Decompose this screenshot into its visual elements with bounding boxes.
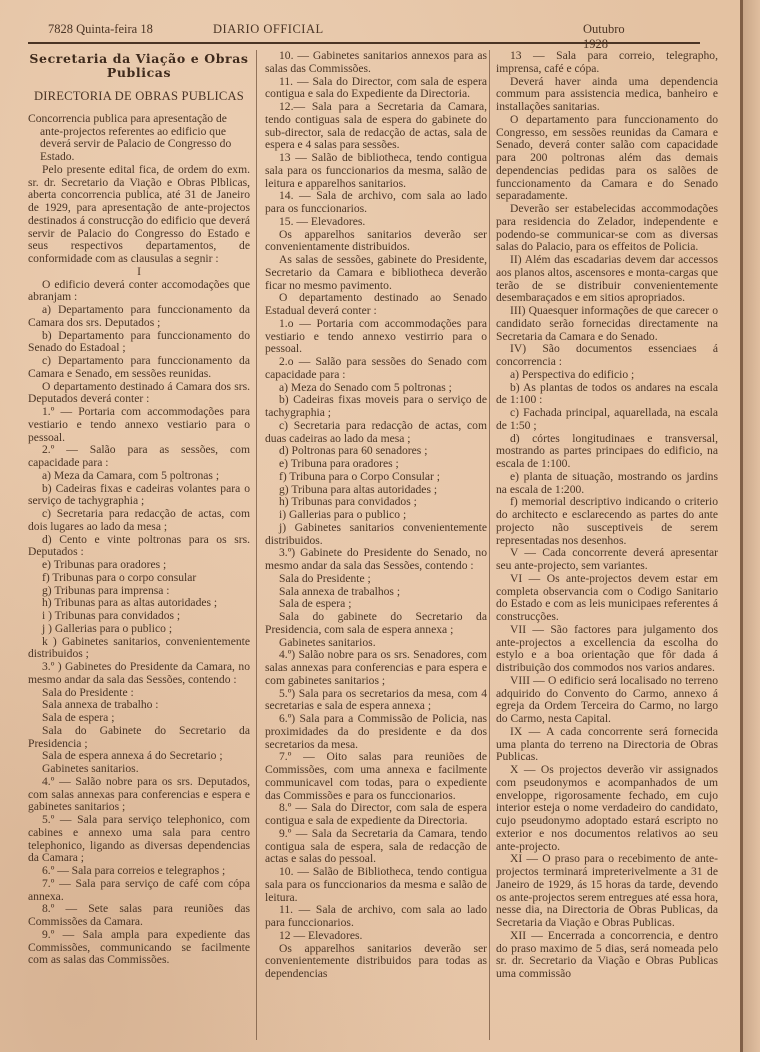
paragraph: 12.— Sala para a Secretaria da Camara, t… (265, 101, 487, 152)
paragraph: 4.º) Salão nobre para os srs. Senadores,… (265, 649, 487, 687)
paragraph: a) Meza da Camara, com 5 poltronas ; (28, 470, 250, 483)
paragraph: 7.º — Sala para serviço de café com cópa… (28, 878, 250, 904)
page-binding-edge (740, 0, 743, 1052)
paragraph: c) Departamento para funccionamento da C… (28, 355, 250, 381)
paragraph: III) Quaesquer informações de que carece… (496, 305, 718, 343)
section-title: Secretaria da Viação e Obras Publicas (28, 52, 250, 80)
paragraph: 14. — Sala de archivo, com sala ao lado … (265, 190, 487, 216)
paragraph: 7.º — Oito salas para reuniões de Commis… (265, 751, 487, 802)
paragraph: c) Fachada principal, aquarellada, na es… (496, 407, 718, 433)
paragraph: a) Perspectiva do edificio ; (496, 369, 718, 382)
paragraph: 5.º — Sala para serviço telephonico, com… (28, 814, 250, 865)
paragraph: b) As plantas de todos os andares na esc… (496, 382, 718, 408)
directorate-title: DIRECTORIA DE OBRAS PUBLICAS (28, 90, 250, 103)
paragraph: VI — Os ante-projectos devem estar em co… (496, 573, 718, 624)
paragraph: Sala de espera ; (28, 712, 250, 725)
column-1-body: O edificio deverá conter accomodações qu… (28, 279, 250, 968)
notice-intro: Pelo presente edital fica, de ordem do e… (28, 164, 250, 266)
paragraph: O departamento destinado á Camara dos sr… (28, 381, 250, 407)
paragraph: O edificio deverá conter accomodações qu… (28, 279, 250, 305)
paragraph: IX — A cada concorrente será fornecida u… (496, 726, 718, 764)
paragraph: f) Tribunas para o corpo consular (28, 572, 250, 585)
paragraph: e) Tribuna para oradores ; (265, 458, 487, 471)
paragraph: e) Tribunas para oradores ; (28, 559, 250, 572)
paragraph: 13 — Salão de bibliotheca, tendo contigu… (265, 152, 487, 190)
paragraph: XI — O praso para o recebimento de ante-… (496, 853, 718, 930)
column-separator (489, 50, 490, 1040)
paragraph: d) córtes longitudinaes e transversal, m… (496, 433, 718, 471)
paragraph: 11. — Sala de archivo, com sala ao lado … (265, 904, 487, 930)
column-separator (256, 50, 257, 1040)
paragraph: f) memorial descriptivo indicando o crit… (496, 496, 718, 547)
page-number-and-day: 7828 Quinta-feira 18 (48, 22, 153, 37)
page-binding-shadow (743, 0, 760, 1052)
paragraph: c) Secretaria para redacção de actas, co… (28, 508, 250, 534)
paragraph: b) Cadeiras fixas e cadeiras volantes pa… (28, 483, 250, 509)
paragraph: b) Cadeiras fixas moveis para o serviço … (265, 394, 487, 420)
paragraph: 12 — Elevadores. (265, 930, 487, 943)
paragraph: 4.º — Salão nobre para os srs. Deputados… (28, 776, 250, 814)
paragraph: f) Tribuna para o Corpo Consular ; (265, 471, 487, 484)
paragraph: 6.º) Sala para a Commissão de Policia, n… (265, 713, 487, 751)
paragraph: Sala do Gabinete do Secretario da Presid… (28, 725, 250, 751)
paragraph: 13 — Sala para correio, telegrapho, impr… (496, 50, 718, 76)
month-year: Outubro 1928 (583, 22, 625, 52)
paragraph: 9.º — Sala da Secretaria da Camara, tend… (265, 828, 487, 866)
paragraph: c) Secretaria para redacção de actas, co… (265, 420, 487, 446)
paragraph: 3.º) Gabinete do Presidente do Senado, n… (265, 547, 487, 573)
paragraph: II) Além das escadarias devem dar access… (496, 254, 718, 305)
paragraph: 10. — Gabinetes sanitarios annexos para … (265, 50, 487, 76)
paragraph: j) Gabinetes sanitarios convenientemente… (265, 522, 487, 548)
paragraph: 2.º — Salão para as sessões, com capacid… (28, 444, 250, 470)
paragraph: As salas de sessões, gabinete do Preside… (265, 254, 487, 292)
paragraph: d) Cento e vinte poltronas para os srs. … (28, 534, 250, 560)
paragraph: V — Cada concorrente deverá apresentar s… (496, 547, 718, 573)
paragraph: Gabinetes sanitarios. (28, 763, 250, 776)
paragraph: IV) São documentos essenciaes á concorre… (496, 343, 718, 369)
column-3: 13 — Sala para correio, telegrapho, impr… (496, 50, 718, 981)
paragraph: k ) Gabinetes sanitarios, convenientemen… (28, 636, 250, 662)
paragraph: a) Departamento para funccionamento da C… (28, 304, 250, 330)
paragraph: i) Gallerias para o publico ; (265, 509, 487, 522)
paragraph: 8.º — Sala do Director, com sala de espe… (265, 802, 487, 828)
paragraph: O departamento destinado ao Senado Estad… (265, 292, 487, 318)
paragraph: e) planta de situação, mostrando os jard… (496, 471, 718, 497)
paragraph: X — Os projectos deverão vir assignados … (496, 764, 718, 853)
paragraph: 5.º) Sala para os secretarios da mesa, c… (265, 688, 487, 714)
paragraph: Deverá haver ainda uma dependencia commu… (496, 76, 718, 114)
paragraph: 8.º — Sete salas para reuniões das Commi… (28, 903, 250, 929)
paragraph: VII — São factores para julgamento dos a… (496, 624, 718, 675)
paragraph: Sala do gabinete do Secretario da Presid… (265, 611, 487, 637)
paragraph: Sala do Presidente ; (265, 573, 487, 586)
paragraph: Os apparelhos sanitarios deverão ser con… (265, 943, 487, 981)
paragraph: Os apparelhos sanitarios deverão ser con… (265, 229, 487, 255)
paragraph: i ) Tribunas para convidados ; (28, 610, 250, 623)
paragraph: XII — Encerrada a concorrencia, e dentro… (496, 930, 718, 981)
paragraph: 15. — Elevadores. (265, 216, 487, 229)
paragraph: 11. — Sala do Director, com sala de espe… (265, 76, 487, 102)
column-1: Secretaria da Viação e Obras Publicas DI… (28, 50, 250, 967)
column-2-body: 10. — Gabinetes sanitarios annexos para … (265, 50, 487, 981)
column-3-body: 13 — Sala para correio, telegrapho, impr… (496, 50, 718, 981)
paragraph: O departamento para funccionamento do Co… (496, 114, 718, 203)
paragraph: Deverão ser estabelecidas accommodações … (496, 203, 718, 254)
paragraph: 2.o — Salão para sessões do Senado com c… (265, 356, 487, 382)
paragraph: 10. — Salão de Bibliotheca, tendo contig… (265, 866, 487, 904)
paragraph: b) Departamento para funccionamento do S… (28, 330, 250, 356)
column-2: 10. — Gabinetes sanitarios annexos para … (265, 50, 487, 981)
paragraph: VIII — O edificio será localisado no ter… (496, 675, 718, 726)
paragraph: 1.o — Portaria com accommodações para ve… (265, 318, 487, 356)
newspaper-page: 7828 Quinta-feira 18 DIARIO OFFICIAL Out… (0, 0, 760, 1052)
clause-heading: I (28, 266, 250, 279)
paragraph: 6.º — Sala para correios e telegraphos ; (28, 865, 250, 878)
paragraph: 9.º — Sala ampla para expediente das Com… (28, 929, 250, 967)
publication-title: DIARIO OFFICIAL (213, 22, 324, 37)
paragraph: 3.º ) Gabinetes do Presidente da Camara,… (28, 661, 250, 687)
header-rule (28, 42, 700, 44)
notice-abstract: Concorrencia publica para apresentação d… (28, 113, 250, 164)
paragraph: j ) Gallerias para o publico ; (28, 623, 250, 636)
paragraph: 1.º — Portaria com accommodações para ve… (28, 406, 250, 444)
